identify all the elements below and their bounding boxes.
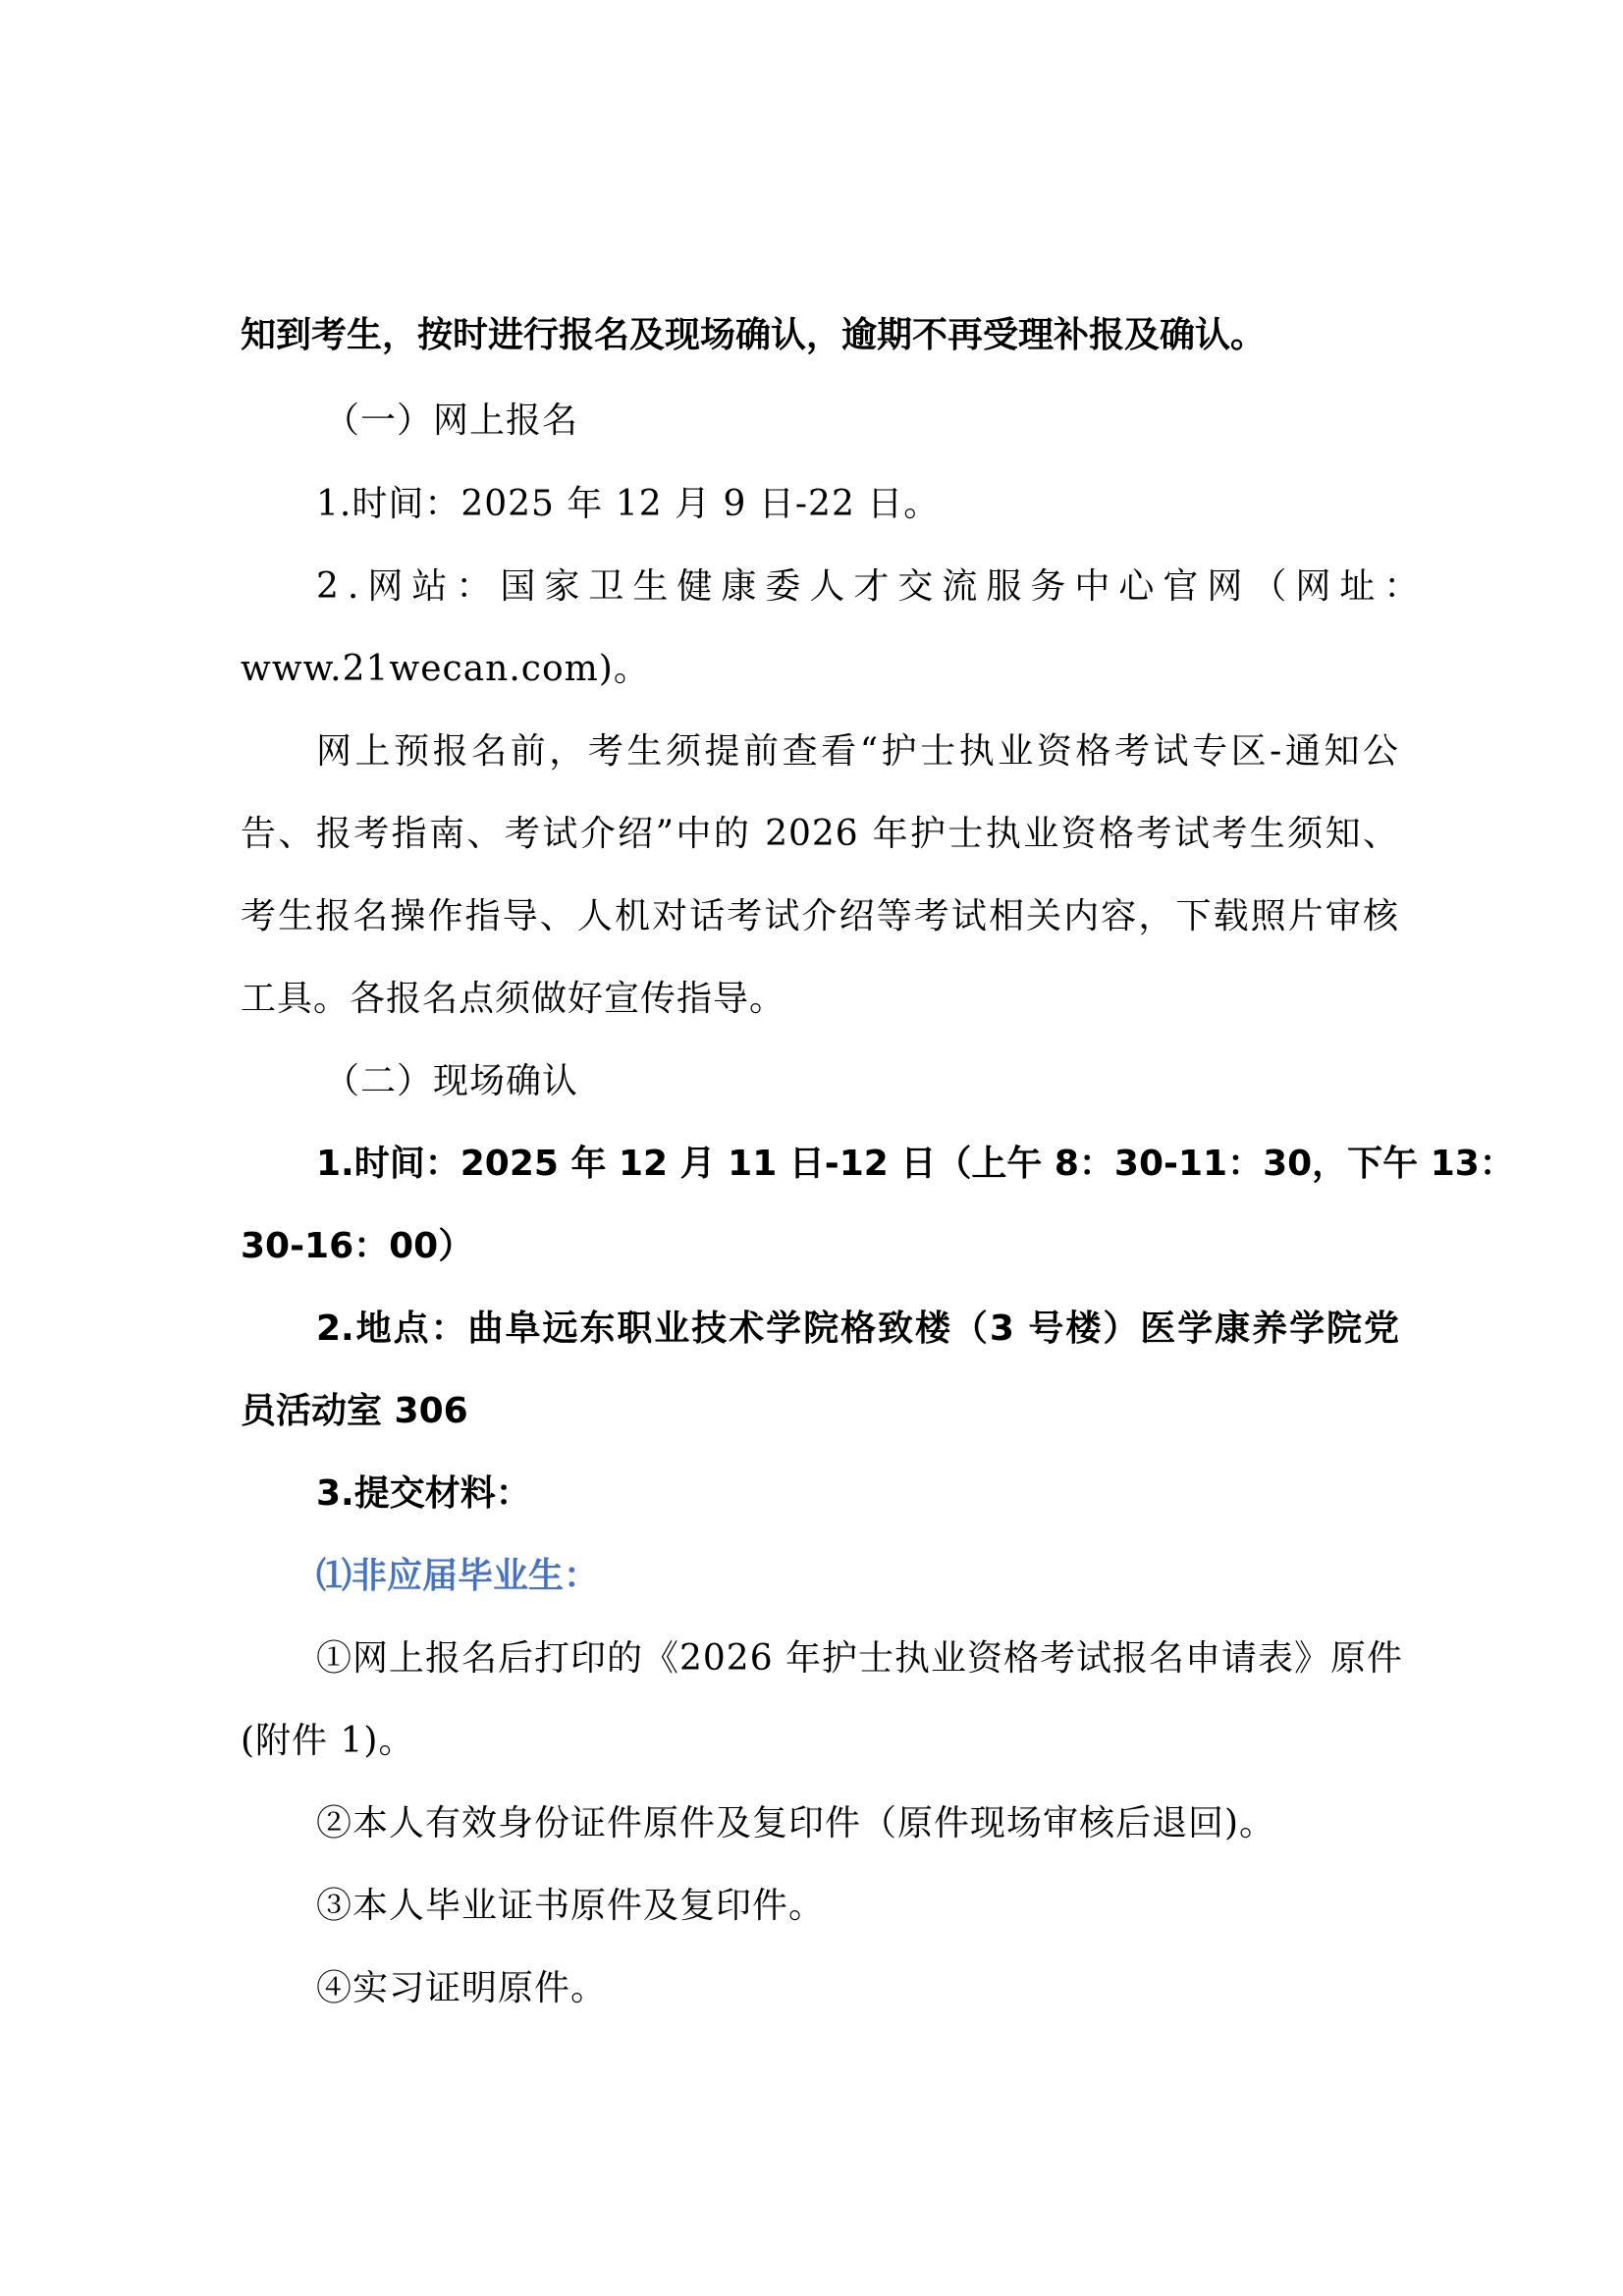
material-item-1-continued: (附件 1)。 [241,1718,1399,1765]
onsite-confirmation-time: 1.时间：2025 年 12 月 11 日-12 日（上午 8：30-11：30… [316,1141,1399,1188]
paragraph-continuation: 知到考生，按时进行报名及现场确认，逾期不再受理补报及确认。 [241,312,1399,359]
section-heading-onsite-confirmation: （二）现场确认 [324,1058,1483,1105]
website-url: www.21wecan.com)。 [241,646,1399,693]
material-item-1: ①网上报名后打印的《2026 年护士执业资格考试报名申请表》原件 [316,1635,1399,1682]
document-page: 知到考生，按时进行报名及现场确认，逾期不再受理补报及确认。 （一）网上报名 1.… [0,0,1623,2296]
online-registration-website: 2.网站：国家卫生健康委人才交流服务中心官网（网址： [316,563,1399,611]
material-item-2: ②本人有效身份证件原件及复印件（原件现场审核后退回)。 [316,1800,1399,1847]
section-heading-online-registration: （一）网上报名 [324,398,1483,445]
material-item-4: ④实习证明原件。 [316,1965,1399,2012]
submit-materials-heading: 3.提交材料： [316,1470,1399,1518]
pre-registration-paragraph-line-1: 网上预报名前，考生须提前查看“护士执业资格考试专区-通知公 [316,728,1399,775]
pre-registration-paragraph-line-4: 工具。各报名点须做好宣传指导。 [241,976,1399,1023]
pre-registration-paragraph-line-2: 告、报考指南、考试介绍”中的 2026 年护士执业资格考试考生须知、 [241,811,1399,858]
non-graduate-heading: ⑴非应届毕业生： [316,1553,1399,1600]
material-item-3: ③本人毕业证书原件及复印件。 [316,1883,1399,1930]
online-registration-time: 1.时间：2025 年 12 月 9 日-22 日。 [316,481,1399,528]
onsite-confirmation-location-continued: 员活动室 306 [241,1388,1399,1435]
onsite-confirmation-location: 2.地点：曲阜远东职业技术学院格致楼（3 号楼）医学康养学院党 [316,1306,1399,1353]
pre-registration-paragraph-line-3: 考生报名操作指导、人机对话考试介绍等考试相关内容，下载照片审核 [241,893,1399,940]
onsite-confirmation-time-continued: 30-16：00） [241,1223,1399,1270]
